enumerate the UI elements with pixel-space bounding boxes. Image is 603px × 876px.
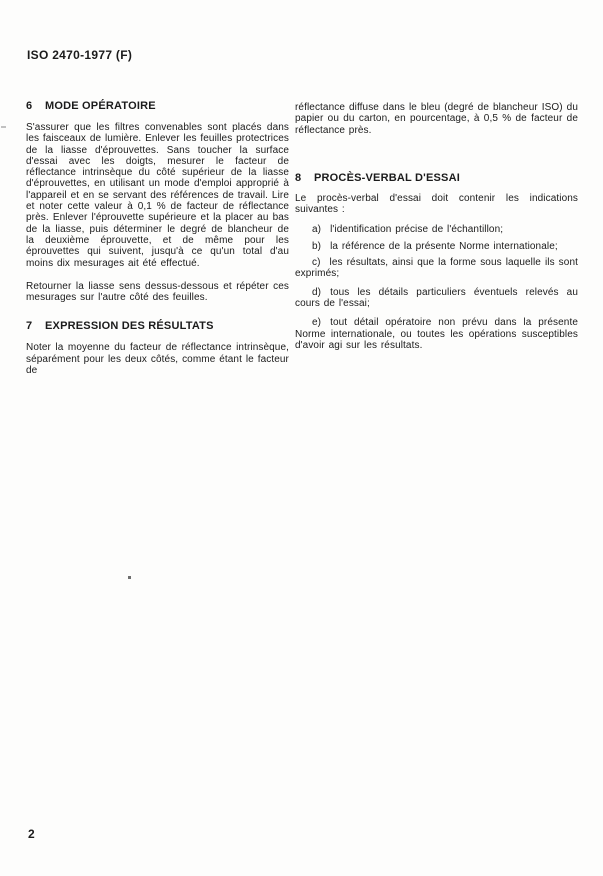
list-item-a-text: l'identification précise de l'échantillo… xyxy=(330,224,503,235)
section-7-paragraph-1: Noter la moyenne du facteur de réflectan… xyxy=(26,342,289,376)
continued-paragraph: réflectance diffuse dans le bleu (degré … xyxy=(295,102,578,136)
list-item-c: c)les résultats, ainsi que la forme sous… xyxy=(295,257,578,280)
section-8-heading: 8PROCÈS-VERBAL D'ESSAI xyxy=(295,172,578,185)
section-8-number: 8 xyxy=(295,172,314,185)
list-item-d-label: d) xyxy=(312,287,321,298)
list-item-e-text: tout détail opératoire non prévu dans la… xyxy=(295,317,578,351)
section-7-number: 7 xyxy=(26,320,45,333)
list-item-e: e)tout détail opératoire non prévu dans … xyxy=(295,317,578,351)
document-reference-header: ISO 2470-1977 (F) xyxy=(27,48,132,62)
list-item-b: b)la référence de la présente Norme inte… xyxy=(295,241,578,252)
scan-artifact-dot xyxy=(128,576,131,579)
page-number: 2 xyxy=(28,827,35,841)
list-item-e-label: e) xyxy=(312,317,321,328)
section-6-heading: 6MODE OPÉRATOIRE xyxy=(26,100,289,113)
section-7-title: EXPRESSION DES RÉSULTATS xyxy=(45,320,214,332)
right-column: réflectance diffuse dans le bleu (degré … xyxy=(295,100,578,351)
scan-artifact-dash xyxy=(1,126,6,128)
list-item-d: d)tous les détails particuliers éventuel… xyxy=(295,287,578,310)
list-item-a-label: a) xyxy=(312,224,321,235)
section-8-title: PROCÈS-VERBAL D'ESSAI xyxy=(314,172,460,184)
list-item-a: a)l'identification précise de l'échantil… xyxy=(295,224,578,235)
list-item-d-text: tous les détails particuliers éventuels … xyxy=(295,287,578,309)
list-item-b-label: b) xyxy=(312,241,321,252)
left-column: 6MODE OPÉRATOIRE S'assurer que les filtr… xyxy=(26,100,289,376)
section-6-number: 6 xyxy=(26,100,45,113)
section-8-intro: Le procès-verbal d'essai doit contenir l… xyxy=(295,193,578,216)
document-page: ISO 2470-1977 (F) 6MODE OPÉRATOIRE S'ass… xyxy=(0,0,603,876)
list-item-c-label: c) xyxy=(312,257,321,268)
section-6-paragraph-1: S'assurer que les filtres convenables so… xyxy=(26,122,289,269)
list-item-c-text: les résultats, ainsi que la forme sous l… xyxy=(295,257,578,279)
section-7-heading: 7EXPRESSION DES RÉSULTATS xyxy=(26,320,289,333)
section-6-paragraph-2: Retourner la liasse sens dessus-dessous … xyxy=(26,281,289,304)
section-6-title: MODE OPÉRATOIRE xyxy=(45,100,156,112)
list-item-b-text: la référence de la présente Norme intern… xyxy=(330,241,558,252)
